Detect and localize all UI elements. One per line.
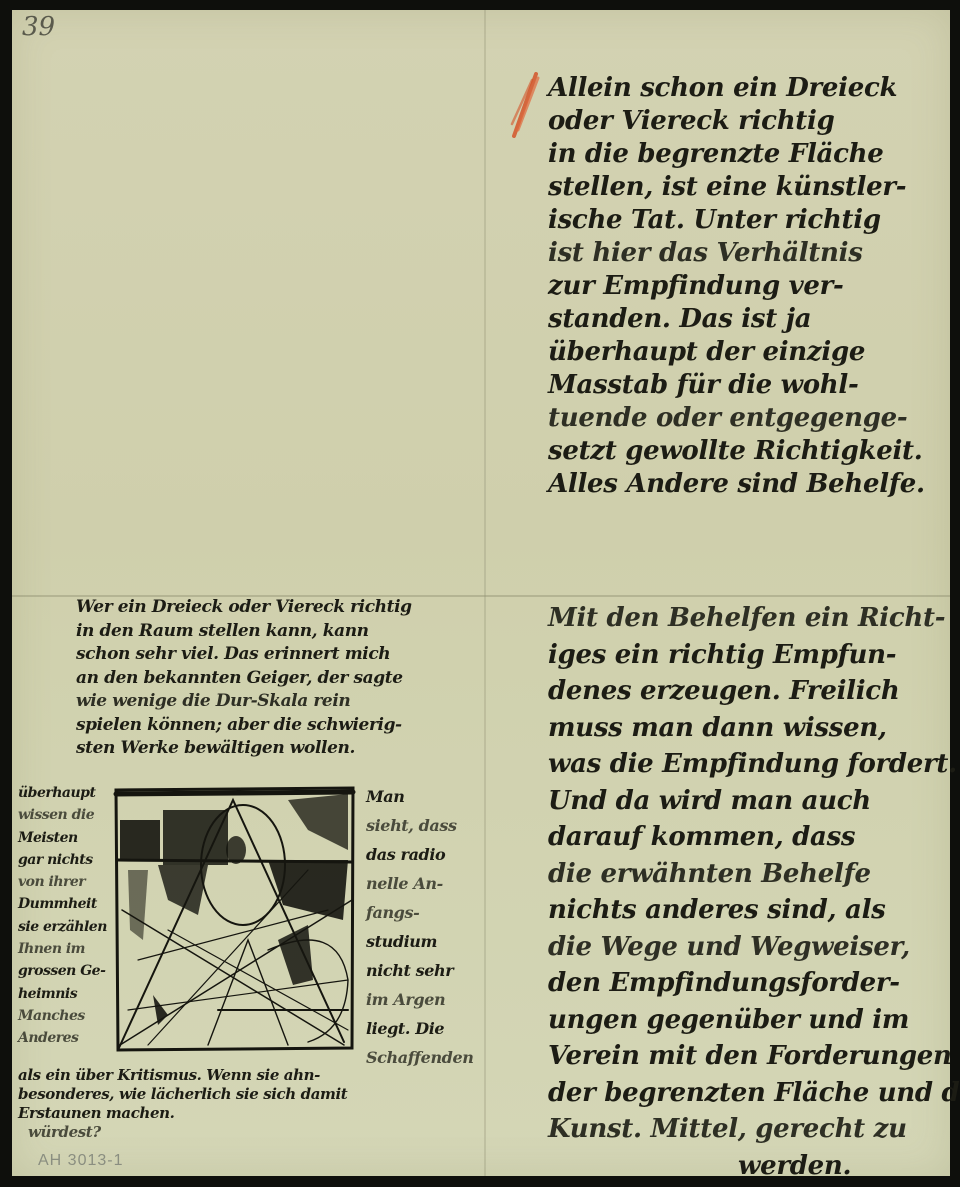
text-line: setzt gewollte Richtigkeit. bbox=[548, 435, 928, 468]
text-line: die Wege und Wegweiser, bbox=[548, 929, 928, 966]
text-line: nichts anderes sind, als bbox=[548, 892, 928, 929]
left-column-top-text: Wer ein Dreieck oder Viereck richtig in … bbox=[76, 596, 476, 761]
text-line: heimnis bbox=[18, 983, 114, 1005]
text-line: studium bbox=[366, 927, 486, 956]
text-line: Ihnen im bbox=[18, 938, 114, 960]
text-line: den Empfindungsforder- bbox=[548, 965, 928, 1002]
text-line: in den Raum stellen kann, kann bbox=[76, 620, 476, 644]
text-line: Kunst. Mittel, gerecht zu bbox=[548, 1111, 928, 1148]
text-line: als ein über Kritismus. Wenn sie ahn- bbox=[18, 1066, 478, 1085]
text-line: im Argen bbox=[366, 985, 486, 1014]
text-line: tuende oder entgegenge- bbox=[548, 402, 928, 435]
text-line: nelle An- bbox=[366, 869, 486, 898]
text-line: nicht sehr bbox=[366, 956, 486, 985]
text-line: stellen, ist eine künstler- bbox=[548, 171, 928, 204]
text-line: Wer ein Dreieck oder Viereck richtig bbox=[76, 596, 476, 620]
right-column-top-text: Allein schon ein Dreieck oder Viereck ri… bbox=[548, 72, 928, 501]
text-line: würdest? bbox=[18, 1123, 478, 1142]
left-margin-text: überhaupt wissen die Meisten gar nichts … bbox=[18, 782, 114, 1050]
text-line: Meisten bbox=[18, 827, 114, 849]
text-line: grossen Ge- bbox=[18, 960, 114, 982]
red-pencil-mark-icon bbox=[508, 70, 542, 142]
text-line: sten Werke bewältigen wollen. bbox=[76, 737, 476, 761]
text-line: an den bekannten Geiger, der sagte bbox=[76, 667, 476, 691]
text-line: von ihrer bbox=[18, 871, 114, 893]
text-line: die erwähnten Behelfe bbox=[548, 856, 928, 893]
text-line: darauf kommen, dass bbox=[548, 819, 928, 856]
text-line: Verein mit den Forderungen bbox=[548, 1038, 928, 1075]
text-line: ische Tat. Unter richtig bbox=[548, 204, 928, 237]
text-line: Und da wird man auch bbox=[548, 783, 928, 820]
text-line: Alles Andere sind Behelfe. bbox=[548, 468, 928, 501]
text-line: in die begrenzte Fläche bbox=[548, 138, 928, 171]
text-line: Dummheit bbox=[18, 893, 114, 915]
right-column-bottom-text: Mit den Behelfen ein Richt- iges ein ric… bbox=[548, 600, 928, 1184]
text-line: besonderes, wie lächerlich sie sich dami… bbox=[18, 1085, 478, 1104]
text-line: Manches bbox=[18, 1005, 114, 1027]
text-line: Erstaunen machen. bbox=[18, 1104, 478, 1123]
text-line: schon sehr viel. Das erinnert mich bbox=[76, 643, 476, 667]
text-line: Man bbox=[366, 782, 486, 811]
text-line: das radio bbox=[366, 840, 486, 869]
text-line: iges ein richtig Empfun- bbox=[548, 637, 928, 674]
text-line: ist hier das Verhältnis bbox=[548, 237, 928, 270]
text-line: Allein schon ein Dreieck bbox=[548, 72, 928, 105]
text-line: spielen können; aber die schwierig- bbox=[76, 714, 476, 738]
text-line: fangs- bbox=[366, 898, 486, 927]
text-line: gar nichts bbox=[18, 849, 114, 871]
text-line: Masstab für die wohl- bbox=[548, 369, 928, 402]
text-line: wie wenige die Dur-Skala rein bbox=[76, 690, 476, 714]
text-line: Mit den Behelfen ein Richt- bbox=[548, 600, 928, 637]
text-line: sie erzählen bbox=[18, 916, 114, 938]
left-bottom-text: als ein über Kritismus. Wenn sie ahn- be… bbox=[18, 1066, 478, 1142]
text-line: werden. bbox=[548, 1148, 928, 1185]
page-number: 39 bbox=[22, 12, 55, 42]
text-line: standen. Das ist ja bbox=[548, 303, 928, 336]
text-line: ungen gegenüber und im bbox=[548, 1002, 928, 1039]
text-line: was die Empfindung fordert. bbox=[548, 746, 928, 783]
text-line: Anderes bbox=[18, 1027, 114, 1049]
right-margin-text: Man sieht, dass das radio nelle An- fang… bbox=[366, 782, 486, 1072]
text-line: denes erzeugen. Freilich bbox=[548, 673, 928, 710]
text-line: überhaupt der einzige bbox=[548, 336, 928, 369]
text-line: der begrenzten Fläche und der bbox=[548, 1075, 928, 1112]
text-line: liegt. Die bbox=[366, 1014, 486, 1043]
archive-stamp: AH 3013-1 bbox=[38, 1152, 124, 1170]
text-line: überhaupt bbox=[18, 782, 114, 804]
text-line: wissen die bbox=[18, 804, 114, 826]
text-line: sieht, dass bbox=[366, 811, 486, 840]
ink-sketch bbox=[108, 780, 358, 1060]
text-line: zur Empfindung ver- bbox=[548, 270, 928, 303]
text-line: oder Viereck richtig bbox=[548, 105, 928, 138]
text-line: muss man dann wissen, bbox=[548, 710, 928, 747]
